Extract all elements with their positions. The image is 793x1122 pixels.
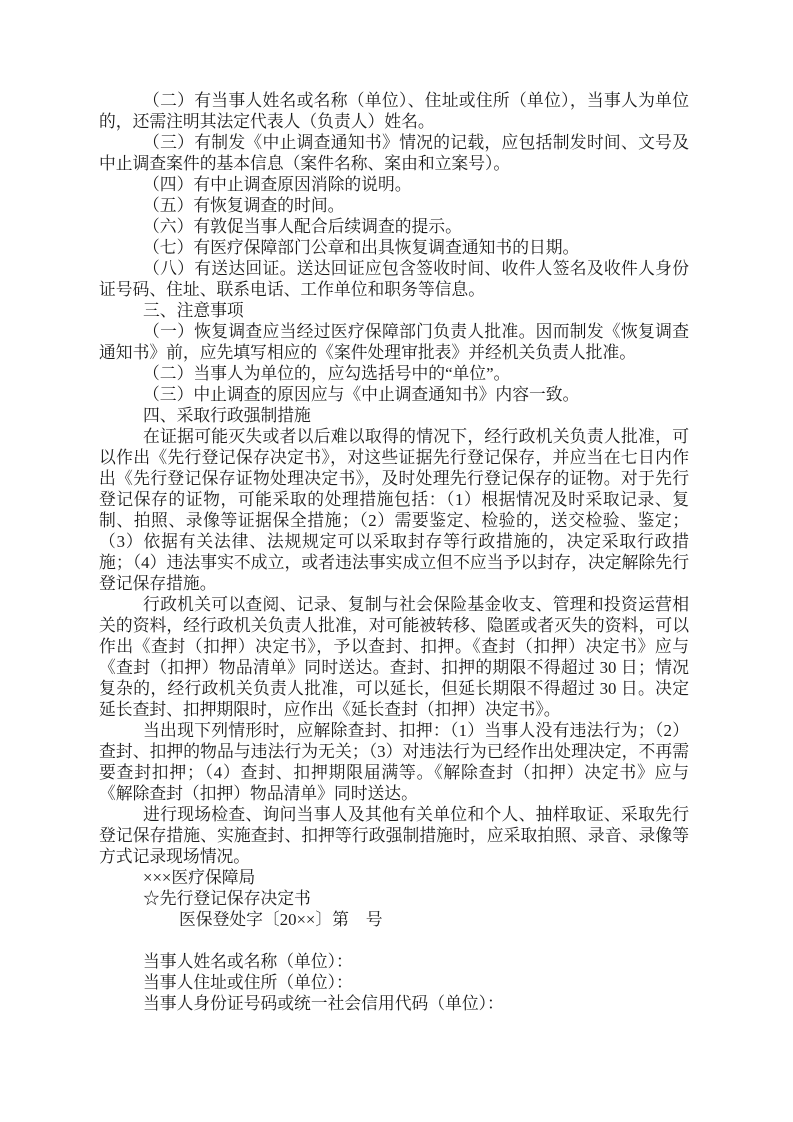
blank-line (99, 930, 689, 951)
numbered-item: （八）有送达回证。送达回证应包含签收时间、收件人签名及收件人身份证号码、住址、联… (99, 258, 689, 300)
section-heading-notes: 三、注意事项 (99, 300, 689, 321)
document-number-line: 医保登处字〔20××〕第 号 (99, 909, 689, 930)
field-label-party-address: 当事人住址或住所（单位）： (99, 972, 689, 993)
numbered-item: （六）有敦促当事人配合后续调查的提示。 (99, 216, 689, 237)
numbered-item: （三）中止调查的原因应与《中止调查通知书》内容一致。 (99, 384, 689, 405)
numbered-item: （七）有医疗保障部门公章和出具恢复调查通知书的日期。 (99, 237, 689, 258)
numbered-item: （五）有恢复调查的时间。 (99, 195, 689, 216)
agency-name-line: ×××医疗保障局 (99, 867, 689, 888)
field-label-party-id: 当事人身份证号码或统一社会信用代码（单位）： (99, 993, 689, 1014)
body-paragraph: 行政机关可以查阅、记录、复制与社会保险基金收支、管理和投资运营相关的资料，经行政… (99, 594, 689, 720)
body-paragraph: 进行现场检查、询问当事人及其他有关单位和个人、抽样取证、采取先行登记保存措施、实… (99, 804, 689, 867)
numbered-item: （二）当事人为单位的，应勾选括号中的“单位”。 (99, 363, 689, 384)
numbered-item: （一）恢复调查应当经过医疗保障部门负责人批准。因而制发《恢复调查通知书》前，应先… (99, 321, 689, 363)
numbered-item: （三）有制发《中止调查通知书》情况的记载，应包括制发时间、文号及中止调查案件的基… (99, 132, 689, 174)
body-paragraph: 在证据可能灭失或者以后难以取得的情况下，经行政机关负责人批准，可以作出《先行登记… (99, 426, 689, 594)
field-label-party-name: 当事人姓名或名称（单位）： (99, 951, 689, 972)
numbered-item: （四）有中止调查原因消除的说明。 (99, 174, 689, 195)
section-heading-enforcement: 四、采取行政强制措施 (99, 405, 689, 426)
numbered-item: （二）有当事人姓名或名称（单位）、住址或住所（单位），当事人为单位的，还需注明其… (99, 90, 689, 132)
document-page: （二）有当事人姓名或名称（单位）、住址或住所（单位），当事人为单位的，还需注明其… (0, 0, 793, 1122)
document-text-block: （二）有当事人姓名或名称（单位）、住址或住所（单位），当事人为单位的，还需注明其… (99, 90, 689, 1014)
document-title-line: ☆先行登记保存决定书 (99, 888, 689, 909)
body-paragraph: 当出现下列情形时，应解除查封、扣押：（1）当事人没有违法行为；（2）查封、扣押的… (99, 720, 689, 804)
